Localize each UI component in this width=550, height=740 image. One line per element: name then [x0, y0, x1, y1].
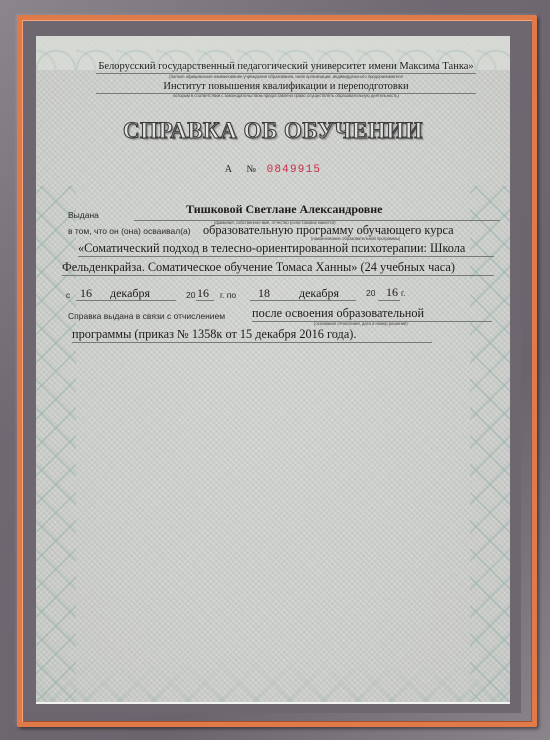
period-to-month: декабря [299, 286, 339, 301]
period-year-suffix: г. [401, 288, 405, 298]
period-to-day: 18 [258, 286, 270, 301]
department-name: Институт повышения квалификации и перепо… [96, 80, 476, 94]
serial-number-block: А № 0849915 [36, 164, 510, 176]
period-to-label: г. по [220, 290, 236, 300]
institution-name: Белорусский государственный педагогическ… [96, 60, 476, 74]
reason-line-1: после освоения образовательной [252, 306, 492, 322]
serial-number: 0849915 [267, 164, 322, 176]
reason-line-2: программы (приказ № 1358к от 15 декабря … [72, 327, 432, 343]
period-from-year-prefix: 20 [186, 290, 195, 300]
reason-label: Справка выдана в связи с отчислением [68, 311, 225, 321]
issued-label: Выдана [68, 210, 99, 220]
recipient-name: Тишковой Светлане Александровне [186, 202, 382, 217]
number-sign: № [247, 164, 258, 175]
institution-caption: (полное официальное наименование учрежде… [96, 74, 476, 79]
reason-caption: (основания отчисления, дата и номер реше… [314, 321, 408, 326]
period-from-year: 16 [197, 286, 209, 301]
period-from-day: 16 [80, 286, 92, 301]
period-to-year-prefix: 20 [366, 288, 375, 298]
program-line-3: Фельденкрайза. Соматическое обучение Том… [62, 260, 494, 276]
period-from-month: декабря [110, 286, 150, 301]
program-line-2: «Соматический подход в телесно-ориентиро… [78, 241, 494, 257]
to-year-line [378, 300, 400, 301]
document-title: СПРАВКА ОБ ОБУЧЕНИИ [36, 118, 510, 144]
series-letter: А [225, 164, 233, 175]
period-from-label: с [66, 290, 70, 300]
mastered-label: в том, что он (она) осваивал(а) [68, 226, 191, 236]
department-caption: которым в соответствии с законодательств… [96, 93, 476, 98]
period-to-year: 16 [386, 285, 398, 300]
certificate-paper: Белорусский государственный педагогическ… [36, 36, 510, 704]
